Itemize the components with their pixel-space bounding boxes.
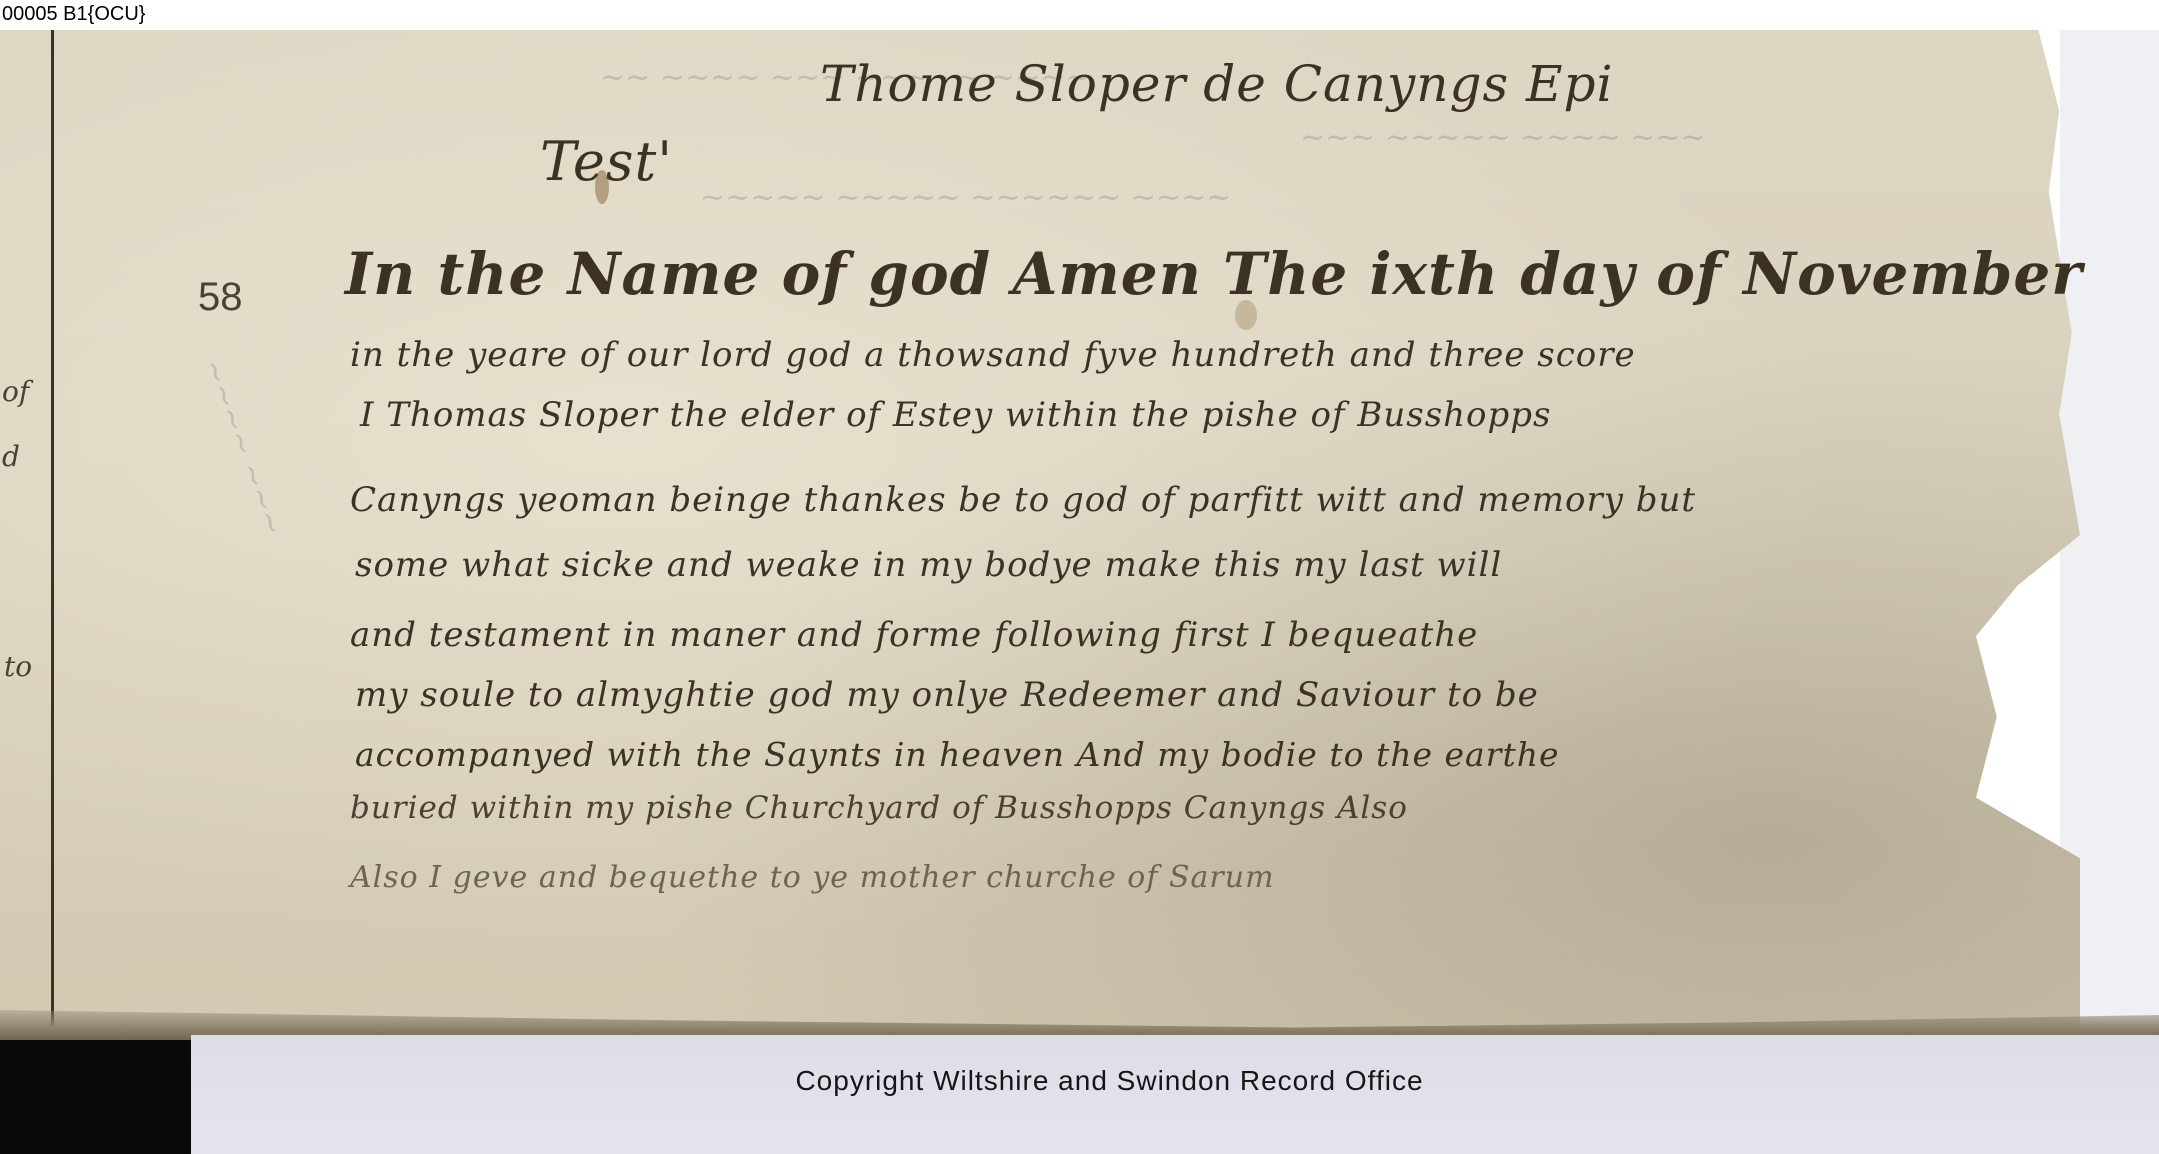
window-title: 00005 B1{OCU} [2, 3, 145, 26]
margin-note: to [4, 650, 32, 683]
manuscript-line: I Thomas Sloper the elder of Estey withi… [360, 395, 1552, 435]
manuscript-line: Canyngs yeoman beinge thankes be to god … [350, 480, 1696, 520]
heading-name: Thome Sloper de Canyngs Epi [820, 55, 1614, 113]
copyright-notice: Copyright Wiltshire and Swindon Record O… [0, 1065, 2159, 1097]
manuscript-line: In the Name of god Amen The ixth day of … [345, 240, 2083, 308]
manuscript-line: in the yeare of our lord god a thowsand … [350, 335, 1636, 375]
manuscript-line: Also I geve and bequethe to ye mother ch… [350, 860, 1275, 895]
folio-number: 58 [198, 275, 243, 320]
margin-note: d [2, 440, 20, 473]
bleed-through-text: ~~~~~ ~~~~~ ~~~~~~ ~~~~ [700, 180, 1231, 215]
manuscript-line: some what sicke and weake in my bodye ma… [355, 545, 1502, 585]
manuscript-line: buried within my pishe Churchyard of Bus… [350, 790, 1408, 826]
bleed-through-text: ~~~~ ~~~ [195, 354, 291, 540]
bleed-through-text: ~~~ ~~~~~ ~~~~ ~~~ [1300, 120, 1706, 155]
margin-rule [51, 30, 54, 1030]
title-bar: 00005 B1{OCU} [0, 0, 2159, 30]
stain [1235, 300, 1257, 330]
margin-note: of [2, 375, 29, 408]
manuscript-line: and testament in maner and forme followi… [350, 615, 1478, 655]
manuscript-line: my soule to almyghtie god my onlye Redee… [355, 675, 1539, 715]
stain [595, 170, 609, 204]
black-backing [0, 1040, 191, 1154]
manuscript-line: accompanyed with the Saynts in heaven An… [355, 735, 1560, 774]
